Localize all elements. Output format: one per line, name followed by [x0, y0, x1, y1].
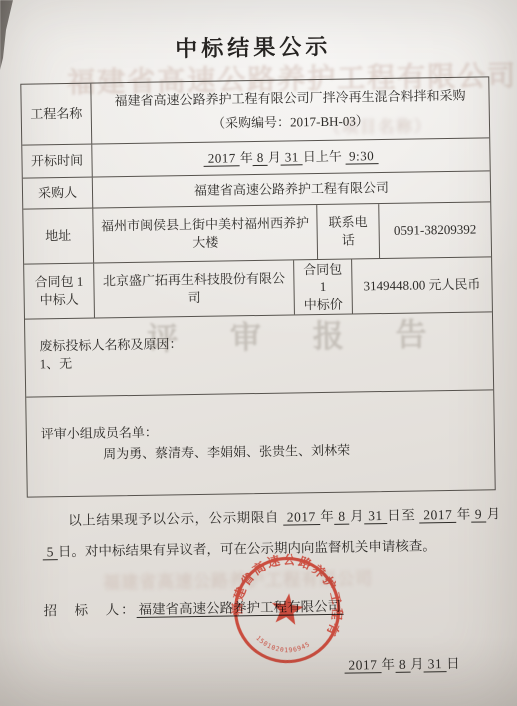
address-value: 福州市闽侯县上街中美村福州西养护大楼 [93, 205, 318, 263]
tenderer-label: 招 标 人： [43, 602, 136, 618]
period-month-unit-2: 月 [486, 506, 500, 521]
bid-opening-time-label: 开标时间 [22, 145, 92, 178]
table-row-project-name: 工程名称 福建省高速公路养护工程有限公司厂拌冷再生混合料拌和采购 （采购编号：2… [21, 77, 489, 144]
period-year-unit-2: 年 [456, 507, 471, 522]
project-name-value: 福建省高速公路养护工程有限公司厂拌冷再生混合料拌和采购 （采购编号：2017-B… [91, 77, 489, 143]
bid-opening-time-value: 2017年8月31日上午 9:30 [92, 138, 489, 176]
table-row-winner: 合同包 1 中标人 北京盛广拓再生科技股份有限公司 合同包 1 中标价 3149… [24, 256, 492, 318]
closing-lead: 以上结果现予以公示，公示期限自 [68, 510, 279, 528]
sign-month: 8 [395, 657, 410, 673]
package1-winner-label-line1: 合同包 1 [34, 273, 83, 291]
purchaser-value: 福建省高速公路养护工程有限公司 [93, 171, 490, 207]
review-team-cell: 评审小组成员名单： 周为勇、蔡清寿、李娟娟、张贵生、刘林荣 [26, 390, 494, 496]
table-row-address: 地址 福州市闽侯县上街中美村福州西养护大楼 联系电话 0591-38209392 [23, 201, 491, 263]
period-end-year: 2017 [419, 507, 456, 524]
seal-company-text: 福建省高速公路养护工程有限公司 [221, 544, 353, 641]
package1-winner-label: 合同包 1 中标人 [24, 264, 95, 319]
seal-star-icon [269, 591, 305, 625]
period-start-day: 31 [364, 508, 387, 524]
sign-year: 2017 [344, 657, 381, 674]
open-year: 2017 [204, 150, 240, 167]
rejected-bidders-cell: 废标投标人名称及原因： 1、无 [25, 312, 493, 396]
year-unit: 年 [240, 150, 253, 165]
purchaser-label: 采购人 [23, 178, 93, 209]
document-photo: 福建省高速公路养护工程有限公司 （项目名称） 评 审 报 告 福建省高速公路养护… [0, 0, 517, 706]
package1-price-label-line1: 合同包 1 [300, 260, 346, 296]
company-seal: 福建省高速公路养护工程有限公司 1501020196945 [221, 544, 354, 677]
contact-phone-value: 0591-38209392 [379, 202, 491, 258]
period-start-month: 8 [334, 509, 349, 525]
project-name-line1: 福建省高速公路养护工程有限公司厂拌冷再生混合料拌和采购 [114, 87, 465, 110]
table-row-rejected-bidders: 废标投标人名称及原因： 1、无 [25, 311, 493, 396]
period-month-unit-1: 月 [349, 508, 364, 523]
result-table: 工程名称 福建省高速公路养护工程有限公司厂拌冷再生混合料拌和采购 （采购编号：2… [20, 76, 495, 497]
review-team-members: 周为勇、蔡清寿、李娟娟、张贵生、刘林荣 [41, 439, 480, 463]
sign-day: 31 [424, 656, 447, 672]
address-label: 地址 [23, 209, 94, 264]
signature-date: 2017年8月31日 [344, 652, 460, 674]
package1-winner-label-line2: 中标人 [40, 291, 79, 309]
bid-opening-date: 2017年8月31日上午 9:30 [204, 147, 379, 167]
period-to-text: 日至 [387, 508, 416, 523]
page-title: 中标结果公示 [0, 27, 512, 66]
open-month: 8 [253, 150, 268, 166]
sign-year-unit: 年 [381, 657, 395, 672]
period-start-year: 2017 [283, 509, 320, 526]
announcement-document: 福建省高速公路养护工程有限公司 （项目名称） 评 审 报 告 福建省高速公路养护… [0, 0, 517, 706]
package1-price-label: 合同包 1 中标价 [294, 260, 353, 315]
winning-price-value: 3149448.00 元人民币 [352, 257, 492, 313]
period-end-day: 5 [43, 544, 58, 560]
package1-price-label-line2: 中标价 [304, 295, 343, 313]
open-clock-time: 9:30 [345, 148, 378, 165]
project-number-line: （采购编号：2017-BH-03） [212, 112, 369, 132]
contact-phone-label: 联系电话 [317, 204, 380, 259]
open-day: 31 [281, 149, 303, 165]
day-unit: 日上午 [303, 149, 342, 165]
winner-company-value: 北京盛广拓再生科技股份有限公司 [94, 260, 295, 317]
table-row-review-team: 评审小组成员名单： 周为勇、蔡清寿、李娟娟、张贵生、刘林荣 [26, 389, 495, 496]
project-name-label: 工程名称 [21, 84, 92, 145]
sign-month-unit: 月 [410, 656, 424, 671]
month-unit: 月 [268, 150, 281, 165]
period-year-unit-1: 年 [320, 509, 335, 524]
period-end-month: 9 [471, 506, 486, 522]
sign-day-unit: 日 [446, 656, 460, 671]
